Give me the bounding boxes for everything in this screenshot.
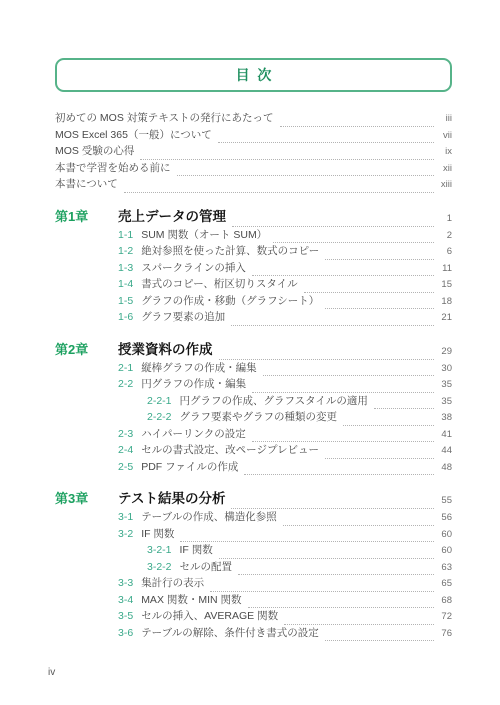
dot-leader <box>280 114 434 127</box>
section-page-number: 48 <box>437 462 452 473</box>
section-title: 縦棒グラフの作成・編集 <box>141 360 257 375</box>
toc-page: 目次 初めての MOS 対策テキストの発行にあたってiiiMOS Excel 3… <box>0 0 500 705</box>
section-entry: 3-3集計行の表示65 <box>55 575 452 592</box>
toc-header-box: 目次 <box>55 58 452 92</box>
section-number: 3-2-1 <box>147 544 172 556</box>
dot-leader <box>325 628 434 641</box>
section-entry: 2-2円グラフの作成・編集35 <box>55 376 452 393</box>
front-matter-list: 初めての MOS 対策テキストの発行にあたってiiiMOS Excel 365（… <box>55 110 452 193</box>
section-title: グラフの作成・移動（グラフシート） <box>141 293 319 308</box>
section-entry: 3-1テーブルの作成、構造化参照56 <box>55 509 452 526</box>
section-title: 集計行の表示 <box>141 575 204 590</box>
chapter-label: 第2章 <box>55 339 118 358</box>
section-title: グラフ要素やグラフの種類の変更 <box>180 409 338 424</box>
section-entry: 2-1縦棒グラフの作成・編集30 <box>55 360 452 377</box>
chapter-title: テスト結果の分析 <box>118 487 225 507</box>
section-page-number: 72 <box>437 611 452 622</box>
section-page-number: 11 <box>437 263 452 274</box>
section-page-number: 30 <box>437 363 452 374</box>
dot-leader <box>283 513 434 526</box>
dot-leader <box>238 562 434 575</box>
chapter-title: 授業資料の作成 <box>118 338 213 358</box>
subsection-entry: 2-2-2グラフ要素やグラフの種類の変更38 <box>55 409 452 426</box>
section-entry: 2-5PDF ファイルの作成48 <box>55 459 452 476</box>
section-number: 2-5 <box>118 461 133 473</box>
subsection-entry: 3-2-2セルの配置63 <box>55 559 452 576</box>
front-matter-entry: MOS Excel 365（一般）についてvii <box>55 127 452 144</box>
chapter-heading: 第1章売上データの管理1 <box>55 205 452 227</box>
dot-leader <box>325 446 434 459</box>
dot-leader <box>231 313 434 326</box>
section-number: 2-1 <box>118 362 133 374</box>
dot-leader <box>124 180 434 193</box>
section-title: MAX 関数・MIN 関数 <box>141 592 241 607</box>
entry-page-number: iii <box>437 113 452 124</box>
section-page-number: 60 <box>437 529 452 540</box>
section-number: 2-2-2 <box>147 411 172 423</box>
dot-leader <box>263 363 434 376</box>
entry-title: 本書について <box>55 176 118 191</box>
section-page-number: 35 <box>437 379 452 390</box>
section-page-number: 56 <box>437 512 452 523</box>
section-entry: 2-3ハイパーリンクの設定41 <box>55 426 452 443</box>
section-entry: 1-2絶対参照を使った計算、数式のコピー6 <box>55 243 452 260</box>
section-entry: 1-3スパークラインの挿入11 <box>55 260 452 277</box>
section-title: セルの書式設定、改ページプレビュー <box>141 442 319 457</box>
section-page-number: 76 <box>437 628 452 639</box>
section-number: 3-1 <box>118 511 133 523</box>
page-title: 目次 <box>228 65 279 85</box>
section-number: 2-2 <box>118 378 133 390</box>
front-matter-entry: 本書についてxiii <box>55 176 452 193</box>
section-page-number: 15 <box>437 279 452 290</box>
dot-leader <box>177 163 435 176</box>
chapter-block: 第2章授業資料の作成292-1縦棒グラフの作成・編集302-2円グラフの作成・編… <box>55 338 452 476</box>
dot-leader <box>325 247 434 260</box>
section-page-number: 21 <box>437 312 452 323</box>
entry-page-number: xiii <box>437 179 452 190</box>
section-page-number: 38 <box>437 412 452 423</box>
section-entry: 1-1SUM 関数（オート SUM）2 <box>55 227 452 244</box>
dot-leader <box>304 280 434 293</box>
chapter-heading: 第3章テスト結果の分析55 <box>55 487 452 509</box>
section-entry: 3-2IF 関数60 <box>55 526 452 543</box>
section-page-number: 6 <box>437 246 452 257</box>
front-matter-entry: 本書で学習を始める前にxii <box>55 160 452 177</box>
section-number: 2-3 <box>118 428 133 440</box>
dot-leader <box>232 214 434 227</box>
section-title: セルの挿入、AVERAGE 関数 <box>141 608 278 623</box>
section-number: 1-3 <box>118 262 133 274</box>
section-title: 円グラフの作成、グラフスタイルの適用 <box>180 393 368 408</box>
section-page-number: 65 <box>437 578 452 589</box>
entry-page-number: vii <box>437 130 452 141</box>
entry-page-number: ix <box>437 146 452 157</box>
section-number: 3-2-2 <box>147 561 172 573</box>
section-title: PDF ファイルの作成 <box>141 459 238 474</box>
entry-page-number: xii <box>437 163 452 174</box>
section-page-number: 68 <box>437 595 452 606</box>
chapter-block: 第1章売上データの管理11-1SUM 関数（オート SUM）21-2絶対参照を使… <box>55 205 452 326</box>
chapter-heading: 第2章授業資料の作成29 <box>55 338 452 360</box>
front-matter-entry: MOS 受験の心得ix <box>55 143 452 160</box>
section-number: 3-5 <box>118 610 133 622</box>
chapter-page-number: 29 <box>437 346 452 357</box>
section-page-number: 18 <box>437 296 452 307</box>
section-page-number: 2 <box>437 230 452 241</box>
section-page-number: 44 <box>437 445 452 456</box>
section-page-number: 41 <box>437 429 452 440</box>
section-title: 円グラフの作成・編集 <box>141 376 246 391</box>
section-number: 1-2 <box>118 245 133 257</box>
section-title: IF 関数 <box>180 542 213 557</box>
section-page-number: 60 <box>437 545 452 556</box>
dot-leader <box>248 595 434 608</box>
section-number: 1-5 <box>118 295 133 307</box>
chapter-page-number: 1 <box>437 213 452 224</box>
dot-leader <box>284 612 434 625</box>
section-number: 3-2 <box>118 528 133 540</box>
dot-leader <box>252 263 434 276</box>
section-number: 2-4 <box>118 444 133 456</box>
entry-title: 初めての MOS 対策テキストの発行にあたって <box>55 110 274 125</box>
section-number: 3-3 <box>118 577 133 589</box>
front-matter-entry: 初めての MOS 対策テキストの発行にあたってiii <box>55 110 452 127</box>
dot-leader <box>273 230 434 243</box>
section-title: 絶対参照を使った計算、数式のコピー <box>141 243 319 258</box>
subsection-entry: 3-2-1IF 関数60 <box>55 542 452 559</box>
chapter-block: 第3章テスト結果の分析553-1テーブルの作成、構造化参照563-2IF 関数6… <box>55 487 452 641</box>
section-number: 1-1 <box>118 229 133 241</box>
entry-title: MOS 受験の心得 <box>55 143 134 158</box>
section-title: スパークラインの挿入 <box>141 260 246 275</box>
entry-title: 本書で学習を始める前に <box>55 160 171 175</box>
chapter-list: 第1章売上データの管理11-1SUM 関数（オート SUM）21-2絶対参照を使… <box>55 205 452 642</box>
section-number: 3-4 <box>118 594 133 606</box>
section-entry: 1-6グラフ要素の追加21 <box>55 309 452 326</box>
section-entry: 2-4セルの書式設定、改ページプレビュー44 <box>55 442 452 459</box>
dot-leader <box>244 462 434 475</box>
section-entry: 3-4MAX 関数・MIN 関数68 <box>55 592 452 609</box>
dot-leader <box>210 579 434 592</box>
entry-title: MOS Excel 365（一般）について <box>55 127 212 142</box>
dot-leader <box>219 546 434 559</box>
section-entry: 1-4書式のコピー、桁区切りスタイル15 <box>55 276 452 293</box>
dot-leader <box>343 413 434 426</box>
section-title: SUM 関数（オート SUM） <box>141 227 267 242</box>
section-number: 1-4 <box>118 278 133 290</box>
section-number: 2-2-1 <box>147 395 172 407</box>
dot-leader <box>252 429 434 442</box>
dot-leader <box>180 529 434 542</box>
dot-leader <box>374 396 434 409</box>
section-title: セルの配置 <box>180 559 233 574</box>
dot-leader <box>140 147 434 160</box>
section-number: 1-6 <box>118 311 133 323</box>
section-page-number: 63 <box>437 562 452 573</box>
dot-leader <box>231 496 434 509</box>
subsection-entry: 2-2-1円グラフの作成、グラフスタイルの適用35 <box>55 393 452 410</box>
section-title: ハイパーリンクの設定 <box>141 426 246 441</box>
section-entry: 1-5グラフの作成・移動（グラフシート）18 <box>55 293 452 310</box>
section-title: IF 関数 <box>141 526 174 541</box>
dot-leader <box>219 347 435 360</box>
section-title: テーブルの解除、条件付き書式の設定 <box>141 625 319 640</box>
chapter-title: 売上データの管理 <box>118 205 226 225</box>
dot-leader <box>252 380 434 393</box>
chapter-label: 第1章 <box>55 206 118 225</box>
chapter-label: 第3章 <box>55 488 118 507</box>
section-title: 書式のコピー、桁区切りスタイル <box>141 276 297 291</box>
section-entry: 3-5セルの挿入、AVERAGE 関数72 <box>55 608 452 625</box>
folio-page-number: iv <box>48 667 55 678</box>
section-entry: 3-6テーブルの解除、条件付き書式の設定76 <box>55 625 452 642</box>
section-title: テーブルの作成、構造化参照 <box>141 509 277 524</box>
chapter-page-number: 55 <box>437 495 452 506</box>
section-number: 3-6 <box>118 627 133 639</box>
section-page-number: 35 <box>437 396 452 407</box>
dot-leader <box>325 296 434 309</box>
dot-leader <box>218 130 434 143</box>
section-title: グラフ要素の追加 <box>141 309 225 324</box>
